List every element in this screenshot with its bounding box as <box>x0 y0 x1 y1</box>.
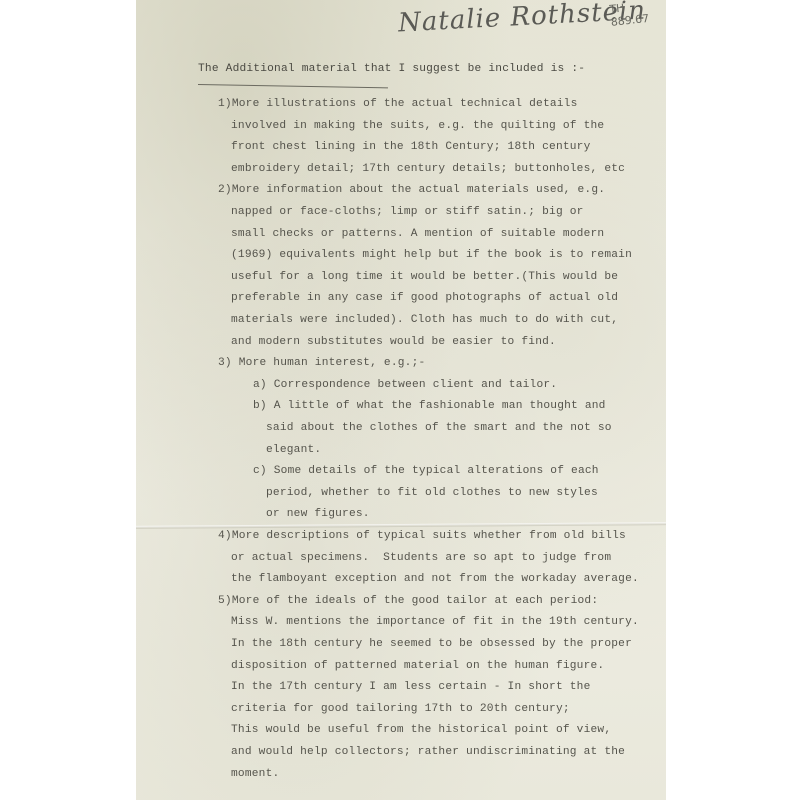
list-item-line: criteria for good tailoring 17th to 20th… <box>231 703 570 715</box>
list-item-line: front chest lining in the 18th Century; … <box>231 141 591 153</box>
list-item-line: the flamboyant exception and not from th… <box>231 573 639 585</box>
list-item-line: useful for a long time it would be bette… <box>231 271 618 283</box>
list-item-start: 1)More illustrations of the actual techn… <box>218 98 578 110</box>
list-item-line: and would help collectors; rather undisc… <box>231 746 625 758</box>
list-item-line: and modern substitutes would be easier t… <box>231 336 556 348</box>
list-item-line: period, whether to fit old clothes to ne… <box>266 487 598 499</box>
list-item-line: embroidery detail; 17th century details;… <box>231 163 625 175</box>
list-item-line: moment. <box>231 768 279 780</box>
list-item-line: elegant. <box>266 444 321 456</box>
document-heading: The Additional material that I suggest b… <box>198 63 585 75</box>
list-item-line: (1969) equivalents might help but if the… <box>231 249 632 261</box>
typed-letter-page: Natalie Rothstein TH 889.67 The Addition… <box>136 0 666 800</box>
list-item-line: small checks or patterns. A mention of s… <box>231 228 604 240</box>
list-item-line: disposition of patterned material on the… <box>231 660 604 672</box>
list-item-line: materials were included). Cloth has much… <box>231 314 618 326</box>
list-item-start: 3) More human interest, e.g.;- <box>218 357 425 369</box>
paper-fold-crease <box>136 522 666 529</box>
list-item-line: or actual specimens. Students are so apt… <box>231 552 611 564</box>
list-item-start: 4)More descriptions of typical suits whe… <box>218 530 626 542</box>
list-item-line: preferable in any case if good photograp… <box>231 292 618 304</box>
list-item-line: In the 17th century I am less certain - … <box>231 681 591 693</box>
list-item-start: 2)More information about the actual mate… <box>218 184 605 196</box>
list-item-line: or new figures. <box>266 508 370 520</box>
list-item-line: b) A little of what the fashionable man … <box>253 400 606 412</box>
list-item-line: In the 18th century he seemed to be obse… <box>231 638 632 650</box>
list-item-line: Miss W. mentions the importance of fit i… <box>231 616 639 628</box>
list-item-line: said about the clothes of the smart and … <box>266 422 612 434</box>
list-item-line: napped or face-cloths; limp or stiff sat… <box>231 206 584 218</box>
heading-underline <box>198 84 388 88</box>
archive-reference-mark: TH 889.67 <box>609 0 666 29</box>
list-item-start: 5)More of the ideals of the good tailor … <box>218 595 598 607</box>
list-item-line: This would be useful from the historical… <box>231 724 611 736</box>
list-item-line: c) Some details of the typical alteratio… <box>253 465 599 477</box>
list-item-line: involved in making the suits, e.g. the q… <box>231 120 604 132</box>
document-body: The Additional material that I suggest b… <box>136 0 163 72</box>
list-item-line: a) Correspondence between client and tai… <box>253 379 557 391</box>
